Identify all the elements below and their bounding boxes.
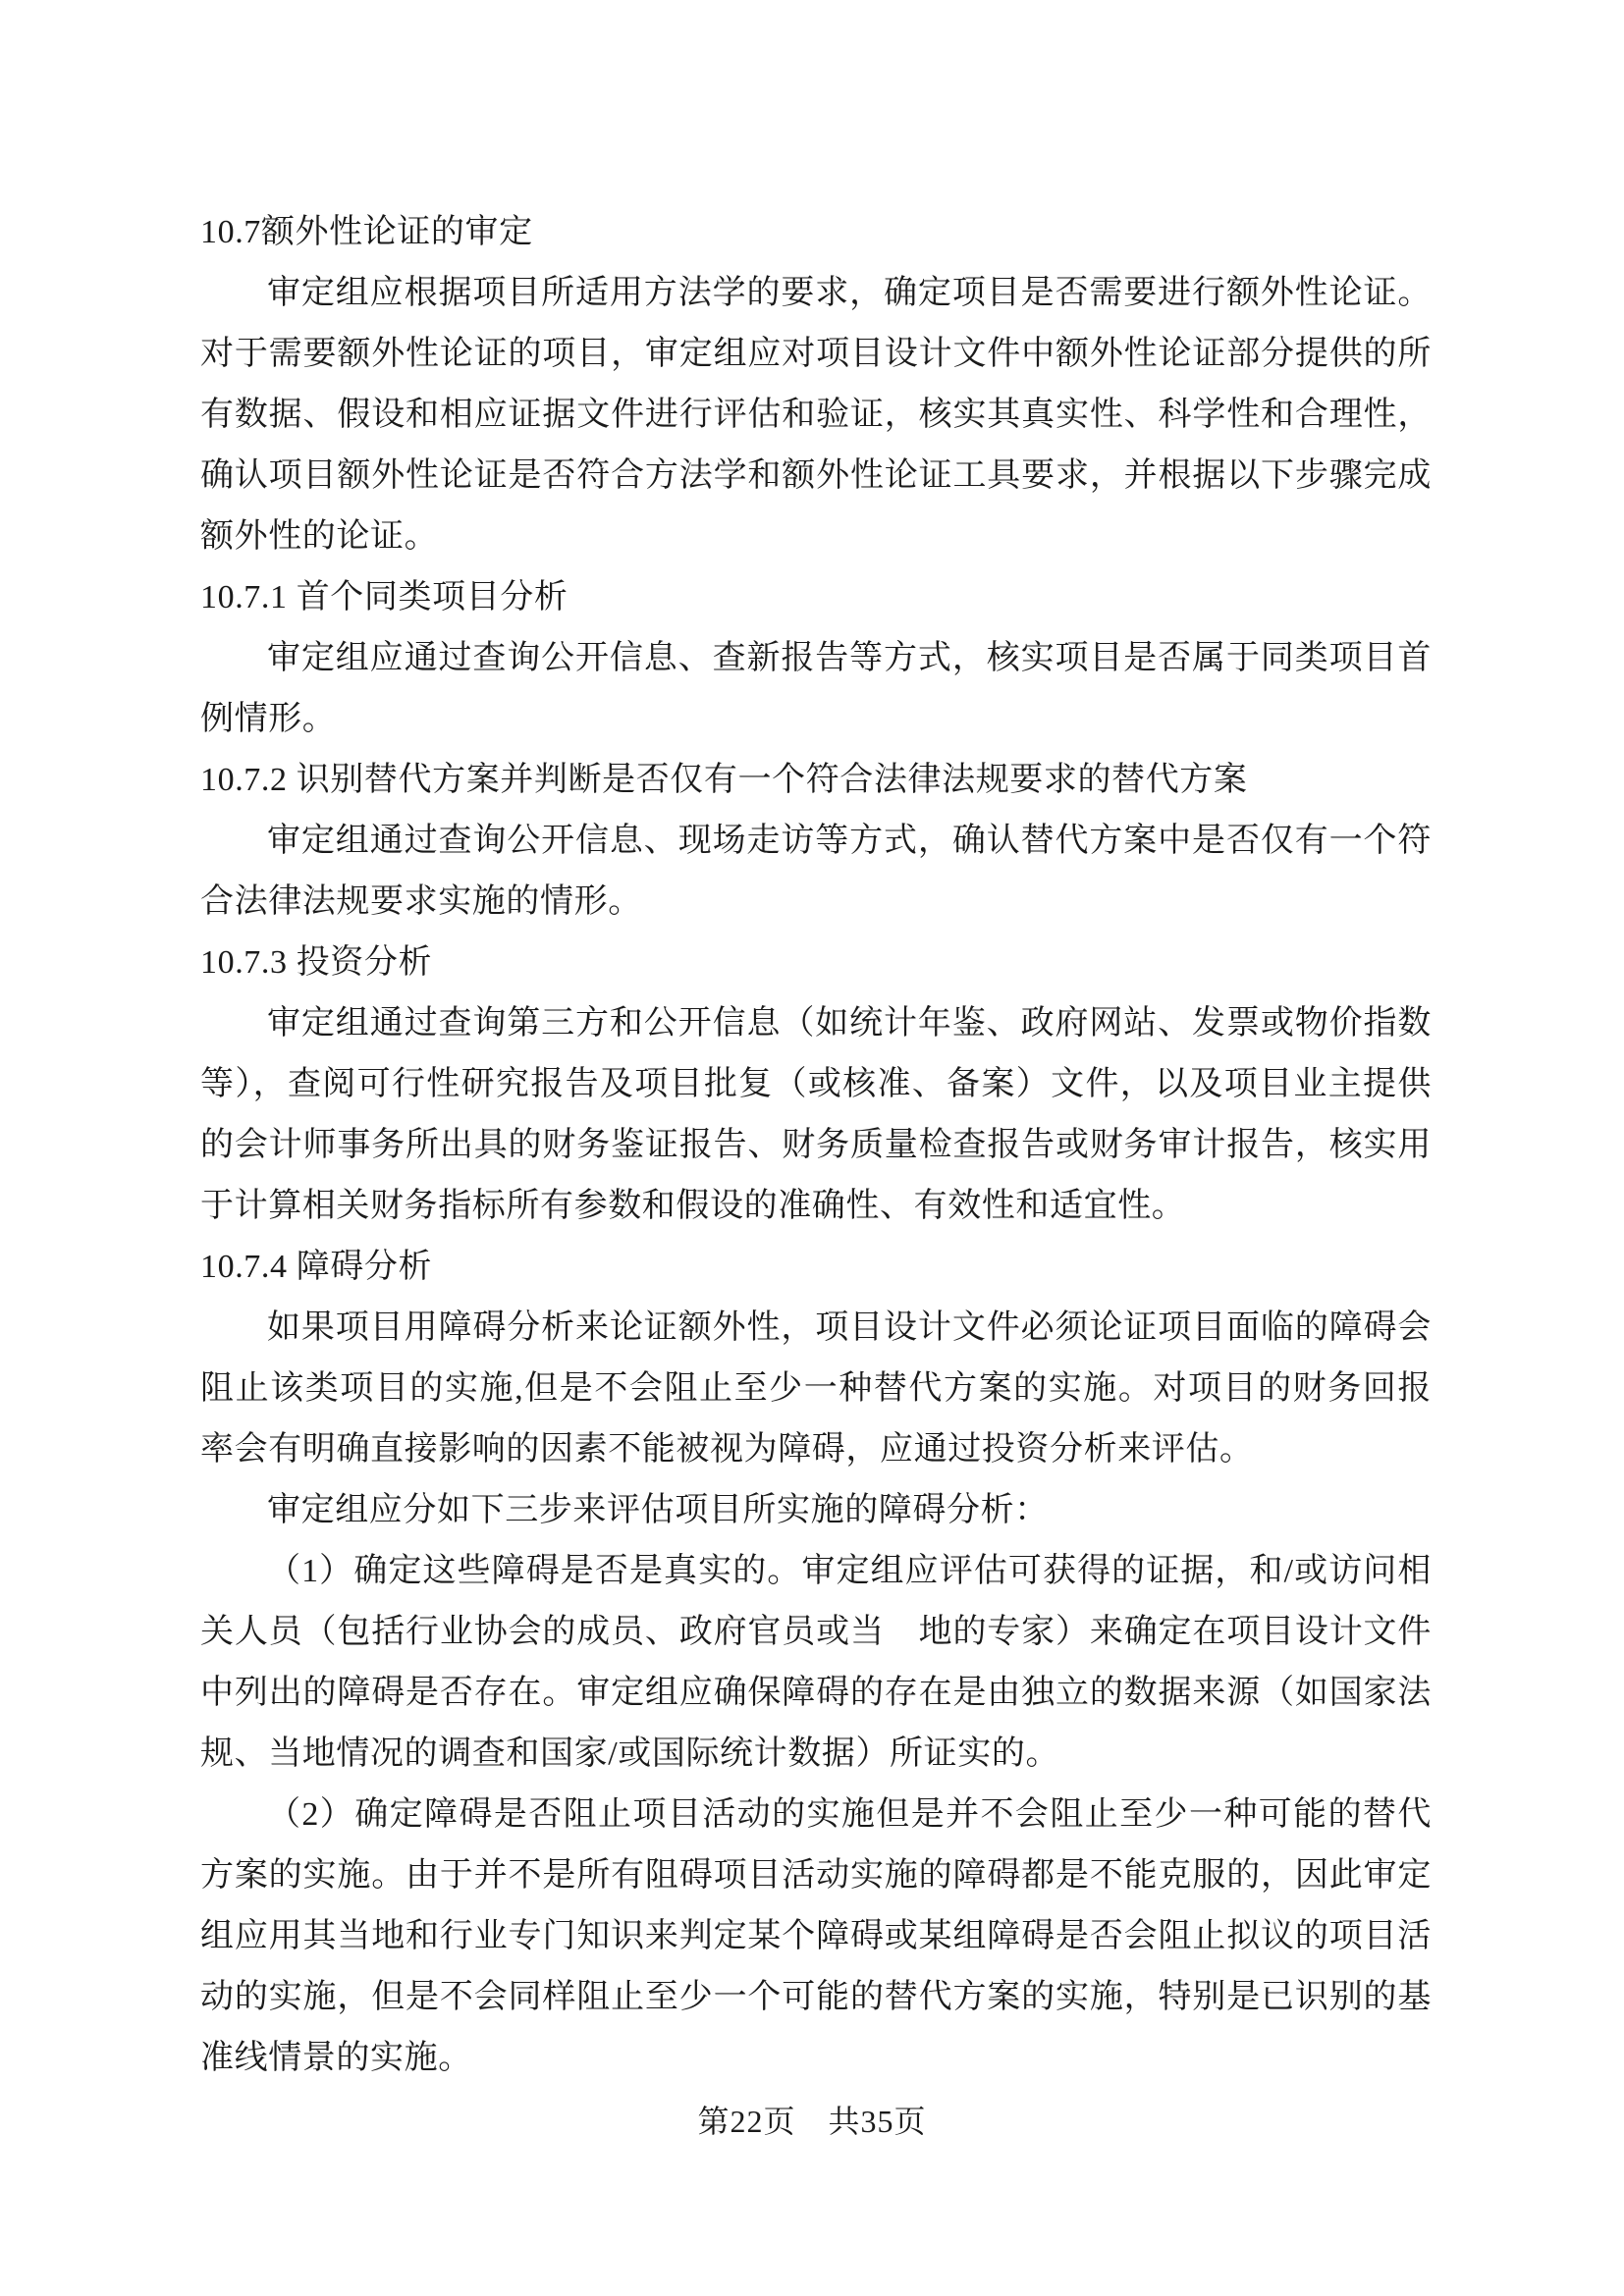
- paragraph-list-item-1: （1）确定这些障碍是否是真实的。审定组应评估可获得的证据，和/或访问相关人员（包…: [200, 1541, 1432, 1785]
- paragraph: 审定组应分如下三步来评估项目所实施的障碍分析：: [200, 1480, 1432, 1541]
- page-number: 第22页 共35页: [0, 2097, 1624, 2142]
- section-heading-10-7-2: 10.7.2 识别替代方案并判断是否仅有一个符合法律法规要求的替代方案: [200, 750, 1432, 811]
- document-page: 10.7额外性论证的审定 审定组应根据项目所适用方法学的要求，确定项目是否需要进…: [0, 0, 1624, 2296]
- section-heading-10-7-3: 10.7.3 投资分析: [200, 933, 1432, 993]
- paragraph: 审定组应根据项目所适用方法学的要求，确定项目是否需要进行额外性论证。对于需要额外…: [200, 263, 1432, 567]
- paragraph: 审定组通过查询第三方和公开信息（如统计年鉴、政府网站、发票或物价指数等），查阅可…: [200, 993, 1432, 1237]
- document-content: 10.7额外性论证的审定 审定组应根据项目所适用方法学的要求，确定项目是否需要进…: [200, 202, 1432, 2089]
- section-heading-10-7-4: 10.7.4 障碍分析: [200, 1237, 1432, 1298]
- section-heading-10-7: 10.7额外性论证的审定: [200, 202, 1432, 263]
- paragraph: 审定组应通过查询公开信息、查新报告等方式，核实项目是否属于同类项目首例情形。: [200, 628, 1432, 750]
- section-heading-10-7-1: 10.7.1 首个同类项目分析: [200, 567, 1432, 628]
- paragraph: 如果项目用障碍分析来论证额外性，项目设计文件必须论证项目面临的障碍会阻止该类项目…: [200, 1298, 1432, 1480]
- paragraph-list-item-2: （2）确定障碍是否阻止项目活动的实施但是并不会阻止至少一种可能的替代方案的实施。…: [200, 1785, 1432, 2089]
- paragraph: 审定组通过查询公开信息、现场走访等方式，确认替代方案中是否仅有一个符合法律法规要…: [200, 811, 1432, 933]
